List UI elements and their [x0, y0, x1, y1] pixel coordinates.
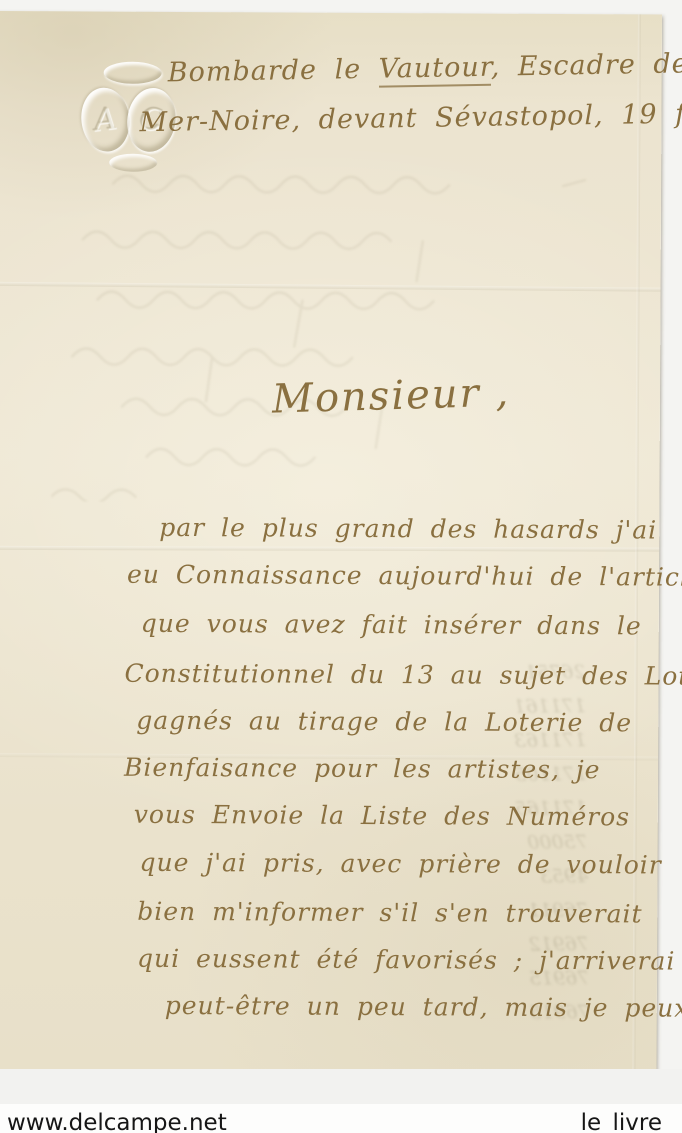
seal-oval-left: A — [78, 85, 133, 154]
letter-paper: A C 26751 171161 171163 171105 — [0, 11, 662, 1072]
salutation: Monsieur , — [271, 370, 510, 423]
body-line: que j'ai pris, avec prière de vouloir — [139, 838, 657, 891]
body-line: par le plus grand des hasards j'ai — [159, 504, 659, 554]
body-line: peut-être un peu tard, mais je peux — [165, 982, 657, 1032]
body-line: gagnés au tirage de la Loterie de — [136, 697, 658, 747]
letter-heading-line1: Bombarde le Vautour, Escadre de la — [167, 49, 647, 88]
letter-heading-line2: Mer-Noire, devant Sévastopol, 19 fevrier — [139, 99, 659, 138]
body-line: bien m'informer s'il s'en trouverait — [137, 888, 657, 938]
body-line: Bienfaisance pour les artistes, je — [124, 744, 658, 794]
body-line: vous Envoie la Liste des Numéros — [134, 791, 658, 841]
seal-ornament-top-icon — [104, 62, 162, 84]
heading-post-text: , Escadre de la — [490, 48, 682, 83]
watermark-bar: www.delcampe.net le livre — [0, 1104, 682, 1133]
ship-name-underlined: Vautour — [378, 52, 491, 88]
body-line: eu Connaissance aujourd'hui de l'article — [127, 551, 659, 601]
heading-pre-text: Bombarde le — [167, 54, 379, 89]
showthrough-ghost-writing — [51, 151, 613, 504]
scan-background: A C 26751 171161 171163 171105 — [0, 0, 682, 1133]
body-line: Constitutionnel du 13 au sujet des Lots — [124, 650, 658, 700]
letter-body: par le plus grand des hasards j'ai eu Co… — [137, 504, 660, 1032]
body-line: qui eussent été favorisés ; j'arriverai — [137, 935, 657, 985]
seal-monogram-left: A — [93, 101, 119, 138]
watermark-site-url: www.delcampe.net — [7, 1111, 227, 1133]
body-line: que vous avez fait insérer dans le — [141, 598, 659, 653]
watermark-brand-text: le livre — [581, 1111, 662, 1133]
